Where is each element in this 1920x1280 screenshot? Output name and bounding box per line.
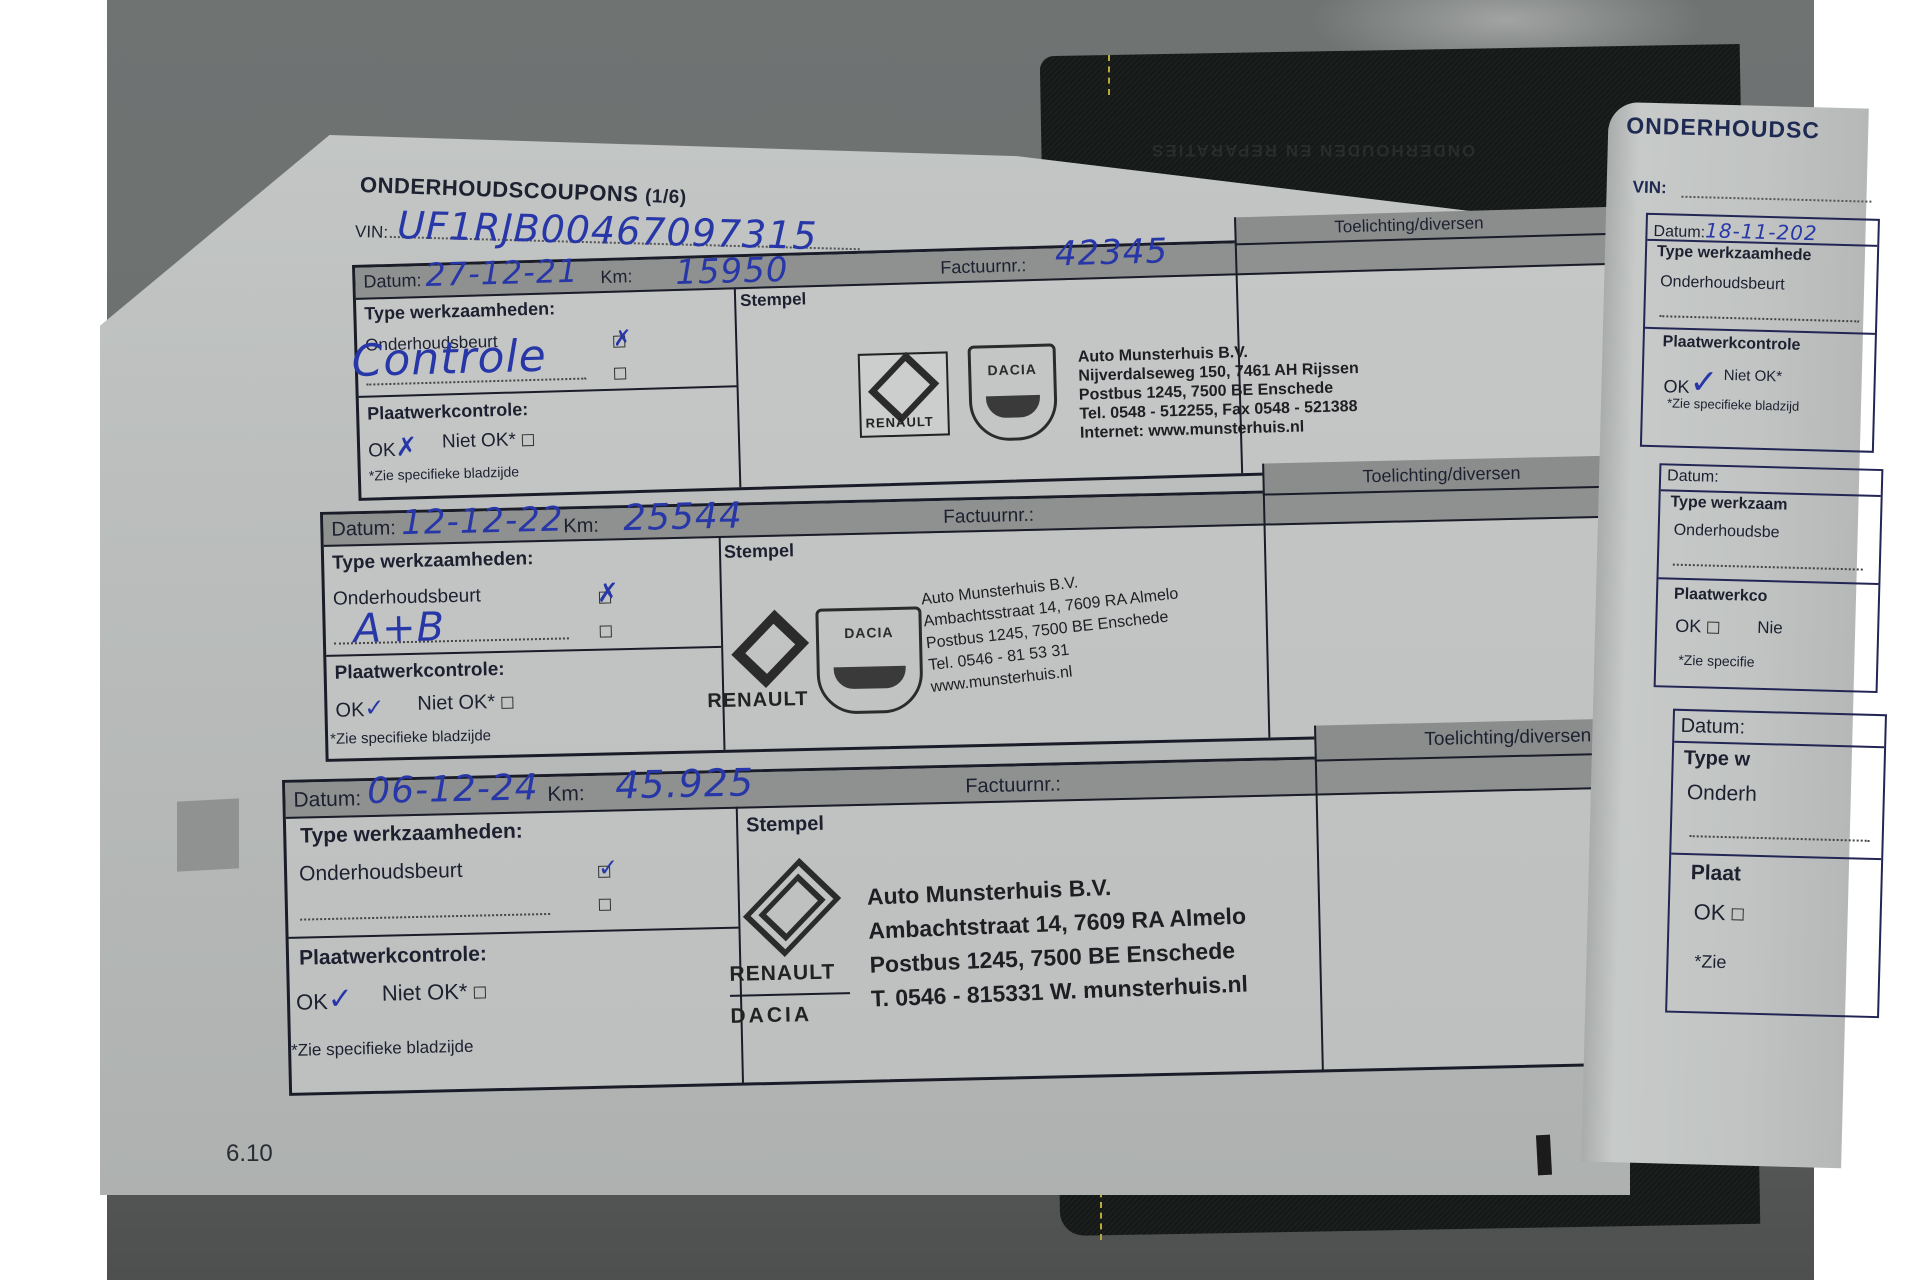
toelichting-label: Toelichting/diversen: [1424, 725, 1591, 751]
footnote: *Zie specifieke bladzijde: [330, 727, 491, 748]
right-footnote: *Zie: [1694, 951, 1727, 973]
dacia-wordmark: DACIA: [819, 623, 919, 641]
dacia-wordmark: DACIA: [730, 1003, 812, 1029]
plaatwerkcontrole-label: Plaatwerkcontrole:: [299, 942, 487, 970]
type-werkzaamheden-label: Type werkzaamheden:: [364, 298, 555, 324]
extra-work-handwritten: A+B: [353, 604, 445, 652]
km-value: 25544: [623, 495, 743, 539]
divider: [719, 536, 726, 750]
logo-divider: [730, 992, 850, 997]
right-datum-label: Datum:18-11-202: [1653, 217, 1818, 245]
datum-value: 27-12-21: [425, 252, 579, 294]
right-ok-option[interactable]: OK: [1693, 899, 1743, 926]
dealer-stamp: Auto Munsterhuis B.V. Ambachtsstraat 14,…: [920, 562, 1187, 699]
datum-label: Datum:: [293, 787, 361, 813]
renault-diamond-icon: [731, 610, 809, 688]
renault-diamond-icon: [868, 352, 939, 424]
extra-work-checkbox[interactable]: [594, 622, 612, 640]
right-ok-option[interactable]: OK: [1675, 616, 1720, 638]
right-datum-label: Datum:: [1680, 715, 1745, 740]
right-type-label: Type werkzaam: [1670, 494, 1788, 515]
toelichting-label: Toelichting/diversen: [1362, 463, 1521, 488]
right-type-label: Type werkzaamhede: [1657, 243, 1812, 265]
bleed-through-heading: ONDERHOUDEN EN REPARATIES: [1150, 140, 1475, 160]
right-onderhoud-label: Onderhoudsbe: [1673, 522, 1779, 543]
toelichting-label: Toelichting/diversen: [1334, 213, 1484, 237]
renault-wordmark: RENAULT: [707, 688, 809, 713]
divider: [736, 807, 744, 1083]
factuurnr-value: 42345: [1054, 231, 1168, 274]
type-werkzaamheden-label: Type werkzaamheden:: [332, 548, 534, 575]
onderhoudsbeurt-checkbox[interactable]: ✓: [592, 853, 620, 882]
datum-label: Datum:: [331, 517, 396, 541]
type-werkzaamheden-label: Type werkzaamheden:: [300, 820, 523, 849]
right-dotted-line: [1659, 315, 1859, 322]
datum-label: Datum:: [363, 270, 422, 293]
title-page-count: (1/6): [645, 186, 687, 208]
dacia-shield-icon: [834, 666, 906, 690]
ok-option[interactable]: OK✓: [296, 981, 355, 1017]
right-onderhoud-label: Onderh: [1687, 781, 1758, 807]
coupon-3: Datum: 06-12-24 Km: 45.925 Factuurnr.: T…: [282, 747, 1740, 1096]
ok-option[interactable]: OK✓: [335, 694, 386, 723]
niet-ok-option[interactable]: Niet OK*: [442, 429, 535, 454]
right-footnote: *Zie specifie: [1678, 652, 1755, 670]
stempel-label: Stempel: [746, 813, 824, 838]
right-vin-dotted-line: [1681, 196, 1871, 203]
renault-wordmark: RENAULT: [865, 414, 934, 431]
plaatwerkcontrole-label: Plaatwerkcontrole:: [367, 399, 529, 424]
renault-logo: RENAULT: [858, 351, 950, 437]
right-type-label: Type w: [1683, 747, 1750, 772]
divider: [1671, 853, 1881, 860]
extra-work-checkbox[interactable]: [593, 896, 611, 914]
dacia-logo: DACIA: [967, 343, 1058, 441]
right-dotted-line: [1673, 564, 1863, 571]
right-coupon-2: Datum: Type werkzaam Onderhoudsbe Plaatw…: [1654, 463, 1884, 693]
niet-ok-option[interactable]: Niet OK*: [382, 978, 486, 1006]
page-number: 6.10: [226, 1140, 273, 1168]
divider: [1658, 577, 1878, 585]
right-plaat-label: Plaat: [1690, 861, 1741, 886]
factuurnr-label: Factuurnr.:: [940, 255, 1027, 278]
coupon-2: Datum: 12-12-22 Km: 25544 Factuurnr.: To…: [320, 482, 1651, 762]
km-value: 45.925: [615, 760, 755, 807]
plaatwerkcontrole-label: Plaatwerkcontrole:: [334, 659, 504, 685]
right-datum-label: Datum:: [1667, 467, 1719, 486]
ok-option[interactable]: OK✗: [368, 432, 419, 463]
stempel-label: Stempel: [724, 540, 794, 563]
dacia-wordmark: DACIA: [971, 360, 1053, 378]
onderhoudsbeurt-checkbox[interactable]: ✗: [607, 326, 633, 352]
footnote: *Zie specifieke bladzijde: [291, 1037, 474, 1061]
vin-label: VIN:: [355, 222, 389, 242]
onderhoudsbeurt-label: Onderhoudsbeurt: [299, 859, 463, 887]
extra-work-checkbox[interactable]: [608, 364, 626, 382]
right-vin-label: VIN:: [1632, 177, 1667, 198]
km-label: Km:: [547, 782, 585, 807]
divider: [289, 927, 739, 939]
km-label: Km:: [600, 266, 633, 288]
right-plaat-label: Plaatwerkcontrole: [1662, 333, 1800, 355]
renault-wordmark: RENAULT: [729, 961, 835, 987]
footnote: *Zie specifieke bladzijde: [369, 463, 520, 483]
stempel-label: Stempel: [740, 289, 807, 311]
page-tab-marker: [177, 798, 239, 871]
right-coupon-1: Datum:18-11-202 Type werkzaamhede Onderh…: [1640, 213, 1880, 453]
bookmark-ribbon: [1536, 1135, 1552, 1176]
booklet-page-right: ONDERHOUDSC VIN: Datum:18-11-202 Type we…: [1581, 102, 1869, 1168]
niet-ok-option[interactable]: Niet OK*: [417, 691, 513, 716]
km-value: 15950: [675, 250, 789, 293]
km-label: Km:: [563, 515, 599, 539]
renault-diamond-icon: [758, 874, 825, 942]
dealer-stamp: Auto Munsterhuis B.V. Nijverdalseweg 150…: [1078, 340, 1361, 443]
factuurnr-label: Factuurnr.:: [943, 505, 1034, 529]
right-niet-ok[interactable]: Nie: [1757, 618, 1783, 639]
dacia-logo: DACIA: [815, 606, 923, 714]
dacia-shield-icon: [986, 395, 1041, 418]
right-niet-ok[interactable]: Niet OK*: [1724, 367, 1783, 386]
cover-stitching: [1108, 55, 1110, 95]
right-footnote: *Zie specifieke bladzijd: [1667, 395, 1800, 413]
right-page-title: ONDERHOUDSC: [1626, 112, 1820, 144]
onderhoudsbeurt-checkbox[interactable]: ✗: [593, 578, 620, 609]
datum-value: 12-12-22: [401, 499, 564, 543]
right-onderhoud-label: Onderhoudsbeurt: [1660, 273, 1785, 294]
divider: [359, 385, 737, 398]
factuurnr-label: Factuurnr.:: [965, 773, 1061, 798]
dealer-stamp: Auto Munsterhuis B.V. Ambachtstraat 14, …: [866, 865, 1249, 1016]
right-plaat-label: Plaatwerkco: [1674, 586, 1768, 606]
right-dotted-line: [1690, 835, 1870, 842]
extra-work-dotted-line: [300, 913, 550, 921]
datum-value: 06-12-24: [367, 767, 539, 812]
right-coupon-3: Datum: Type w Onderh Plaat OK *Zie: [1665, 709, 1887, 1018]
